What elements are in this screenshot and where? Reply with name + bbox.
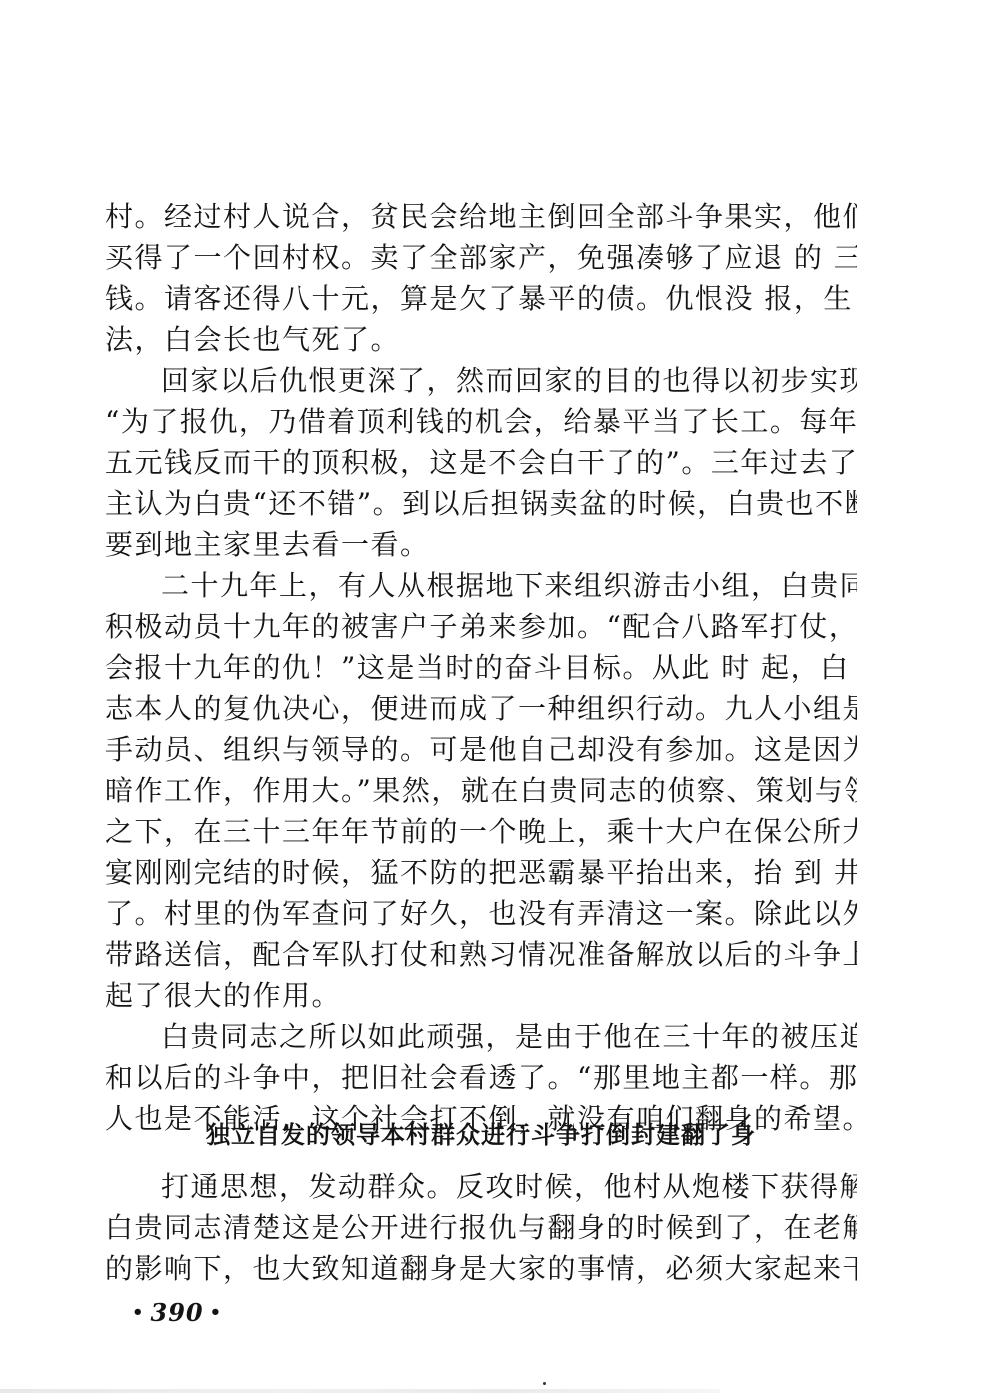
bullet-ornament-icon: • [126, 1302, 151, 1323]
book-page: 村。经过村人说合，贫民会给地主倒回全部斗争果实，他们才算 买得了一个回村权。卖了… [0, 0, 996, 1395]
text-line: 了。村里的伪军查问了好久，也没有弄清这一案。除此以外，在 [105, 893, 857, 934]
text-line: 暗作工作，作用大。”果然，就在白贵同志的侦察、策划与领导 [105, 770, 857, 811]
paragraph: 村。经过村人说合，贫民会给地主倒回全部斗争果实，他们才算 买得了一个回村权。卖了… [105, 196, 857, 360]
text-line: 二十九年上，有人从根据地下来组织游击小组，白贵同志即 [105, 565, 857, 606]
text-line: 打通思想，发动群众。反攻时候，他村从炮楼下获得解放。 [105, 1166, 857, 1207]
text-line: 钱。请客还得八十元，算是欠了暴平的债。仇恨没 报，生 活 无 [105, 278, 857, 319]
text-line: 法，白会长也气死了。 [105, 319, 857, 360]
page-number-value: 390 [151, 1298, 204, 1327]
text-line: 回家以后仇恨更深了，然而回家的目的也得以初步实现了。 [105, 360, 857, 401]
text-line: 的影响下，也大致知道翻身是大家的事情，必须大家起来干。游 [105, 1248, 857, 1289]
text-line: 志本人的复仇决心，便进而成了一种组织行动。九人小组是他一 [105, 688, 857, 729]
text-line: 积极动员十九年的被害户子弟来参加。“配合八路军打仗，找机 [105, 606, 857, 647]
scan-edge [0, 1389, 720, 1393]
text-line: 带路送信，配合军队打仗和熟习情况准备解放以后的斗争上，都 [105, 934, 857, 975]
text-line: 宴刚刚完结的时候，猛不防的把恶霸暴平抬出来，抬 到 井 里 去 [105, 852, 857, 893]
paragraph: 二十九年上，有人从根据地下来组织游击小组，白贵同志即 积极动员十九年的被害户子弟… [105, 565, 857, 1016]
text-line: 主认为白贵“还不错”。到以后担锅卖盆的时候，白贵也不断的 [105, 483, 857, 524]
paragraph: 回家以后仇恨更深了，然而回家的目的也得以初步实现了。 “为了报仇，乃借着顶利钱的… [105, 360, 857, 565]
section-heading: 独立自发的领导本村群众进行斗争打倒封建翻了身 [105, 1117, 857, 1153]
scan-speck [543, 1382, 546, 1385]
text-line: 手动员、组织与领导的。可是他自己却没有参加。这是因为“暗 [105, 729, 857, 770]
body-text-before-heading: 村。经过村人说合，贫民会给地主倒回全部斗争果实，他们才算 买得了一个回村权。卖了… [105, 196, 857, 1139]
text-line: 白贵同志清楚这是公开进行报仇与翻身的时候到了，在老解放区 [105, 1207, 857, 1248]
bullet-ornament-icon: • [204, 1302, 229, 1323]
text-line: 和以后的斗争中，把旧社会看透了。“那里地主都一样。那里穷 [105, 1057, 857, 1098]
text-line: 起了很大的作用。 [105, 975, 857, 1016]
text-line: 会报十九年的仇！”这是当时的奋斗目标。从此 时 起，白 贵 同 [105, 647, 857, 688]
text-line: 要到地主家里去看一看。 [105, 524, 857, 565]
text-line: 白贵同志之所以如此顽强，是由于他在三十年的被压迫生活 [105, 1016, 857, 1057]
paragraph: 打通思想，发动群众。反攻时候，他村从炮楼下获得解放。 白贵同志清楚这是公开进行报… [105, 1166, 857, 1289]
text-line: “为了报仇，乃借着顶利钱的机会，给暴平当了长工。每年少赚 [105, 401, 857, 442]
page-number: •390• [126, 1298, 228, 1327]
body-text-after-heading: 打通思想，发动群众。反攻时候，他村从炮楼下获得解放。 白贵同志清楚这是公开进行报… [105, 1166, 857, 1289]
text-line: 村。经过村人说合，贫民会给地主倒回全部斗争果实，他们才算 [105, 196, 857, 237]
text-line: 买得了一个回村权。卖了全部家产，免强凑够了应退 的 三 百 元 [105, 237, 857, 278]
text-line: 之下，在三十三年年节前的一个晚上，乘十大户在保公所大闹酒 [105, 811, 857, 852]
text-line: 五元钱反而干的顶积极，这是不会白干了的”。三年过去了，地 [105, 442, 857, 483]
